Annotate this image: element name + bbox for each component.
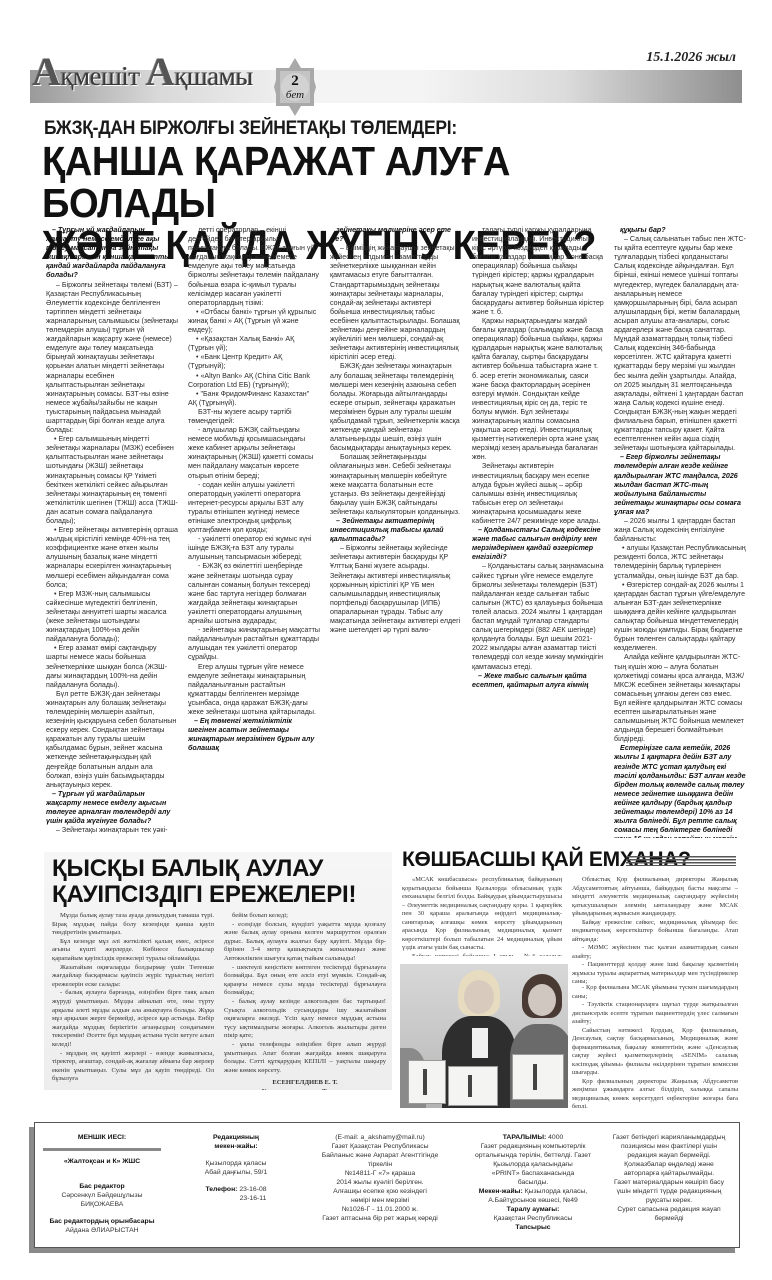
paragraph: Қаржы нарықтарындағы жағдай бағалы қағаз… bbox=[472, 317, 604, 463]
fishing-column-2-text: бейім болып келеді;- есеңізде болсын, кү… bbox=[224, 912, 386, 1075]
text-line: Байланыс және Ақпарат Агенттігінде bbox=[305, 1151, 455, 1160]
page-number-badge: 2 бет bbox=[274, 58, 316, 116]
paragraph: • Егер салымшының міндетті зейнетақы жар… bbox=[46, 435, 178, 526]
paragraph: • Егер МЗЖ-ның салымшысы сәйкесінше мүге… bbox=[46, 590, 178, 645]
interview-question: – Егер біржолғы зейнетақы төлемдерін алғ… bbox=[614, 453, 746, 517]
paragraph: • «Банк Центр Кредит» АҚ (Тұрғынүй); bbox=[188, 353, 320, 371]
paragraph: • «Altyn Bank» АҚ (China Citic Bank Corp… bbox=[188, 372, 320, 390]
paragraph: «МСАК көшбасшысы» республикалық байқауын… bbox=[402, 876, 562, 953]
paragraph: • Егер зейнетақы активтерінің орташа жыл… bbox=[46, 526, 178, 590]
page-label: бет bbox=[274, 89, 316, 101]
award-ceremony-photo bbox=[400, 964, 568, 1108]
clinic-column-3: - Қор филиалына МСАК ұйымына түскен шағы… bbox=[572, 984, 738, 1108]
deputy-label: Бас редактордың орынбасары bbox=[49, 1218, 154, 1225]
article-column-1: – Тұрғын үй жағдайларын жақсарту немесе … bbox=[46, 226, 178, 838]
paragraph: БЖЗҚ-дан зейнетақы жинақтарын алу болаша… bbox=[330, 362, 462, 453]
text-line: басылды. bbox=[463, 1178, 603, 1187]
paragraph: • алушы Қазақстан Республикасының резиде… bbox=[614, 544, 746, 580]
editor-label: Бас редактор bbox=[79, 1183, 124, 1190]
paragraph: - МӘМС жүйесінен тыс қалған азаматтардың… bbox=[572, 944, 738, 961]
paragraph: - шектеулі кеңістікте көптеген тесіктерд… bbox=[224, 964, 386, 998]
paragraph: – 2026 жылғы 1 қаңтардан бастап жаңа Сал… bbox=[614, 517, 746, 544]
paragraph: • "Банк ФридомФинанс Казахстан" АҚ (Тұрғ… bbox=[188, 390, 320, 408]
paragraph: Облыстық Қор филиалының директоры Жаңылы… bbox=[572, 876, 738, 919]
paragraph: • Өзгерістер сондай-ақ 2026 жылғы 1 қаңт… bbox=[614, 581, 746, 654]
paragraph: – Қолданыстағы салық заңнамасына сәйкес … bbox=[472, 562, 604, 671]
interview-question: Естеріңізге сала кетейік, 2026 жылғы 1 қ… bbox=[614, 744, 746, 838]
paragraph: Бұл кезеңде мұз әлі жеткілікті қалың еме… bbox=[52, 938, 214, 964]
paragraph: - балық аулауға барғанда, өзіңізбен бірг… bbox=[52, 989, 214, 1049]
interview-question: құқығы бар? bbox=[614, 226, 746, 235]
text-line: Қолжазбалар өңделеді және bbox=[603, 1160, 735, 1169]
text-line: орталығында терілін, беттелді. Газет bbox=[463, 1151, 603, 1160]
paragraph: Зейнетақы активтерін инвестициялық басқа… bbox=[472, 462, 604, 526]
paragraph: БЗТ-ны жүзеге асыру тәртібі төмендегідей… bbox=[188, 408, 320, 426]
text-line: авторларға қайтарылмайды. bbox=[603, 1169, 735, 1178]
title-decorative-rule bbox=[626, 856, 736, 866]
text-line: Газет Қазақстан Республикасы bbox=[305, 1142, 455, 1151]
paragraph: - мұздың ең қауіпті жерлері - өзенде жам… bbox=[52, 1050, 214, 1084]
text-line: редакция жауап бермейді. bbox=[603, 1151, 735, 1160]
paragraph: Қор филиалының директоры Жаңылық Абдусам… bbox=[572, 1078, 738, 1109]
paragraph: – Біржолғы зейнетақы төлемі (БЗТ) – Қаза… bbox=[46, 281, 178, 436]
interview-question: – Тұрғын үй жағдайларын жақсарту немесе … bbox=[46, 790, 178, 826]
text-line: №1026-Г - 11.01.2000 ж. bbox=[305, 1205, 455, 1214]
paragraph: – Еліміздің жинақтаушы зейнетақы жүйесі … bbox=[330, 244, 462, 362]
fishing-article-signature: ЕСЕНГЕЛДИЕВ Е. Т. Қызылорда қаласы Төтен… bbox=[224, 1079, 386, 1090]
text-line: Алғашқы есепке қою кезіндегі bbox=[305, 1187, 455, 1196]
paragraph: • Егер азамат өмірі сақтандыру шарты нем… bbox=[46, 644, 178, 689]
paragraph: - алушылар БЖЗҚ сайтындағы немесе мобиль… bbox=[188, 426, 320, 481]
imprint-registration: (E-mail: a_akshamy@mail.ru)Газет Қазақст… bbox=[305, 1133, 455, 1223]
imprint-address: Редакцияның мекен-жайы: Қызылорда қаласы… bbox=[181, 1133, 291, 1203]
text-line: №14811-Г «7» қараша bbox=[305, 1169, 455, 1178]
paragraph: - БЖЗҚ өз өкілеттігі шеңберінде және зей… bbox=[188, 562, 320, 626]
clinic-column-2: Облыстық Қор филиалының директоры Жаңылы… bbox=[572, 876, 738, 984]
interview-question: – Зейнетақы активтерінің инвестициялық т… bbox=[330, 517, 462, 544]
fishing-article-body: Мұзда балық аулау таза ауада демалудың т… bbox=[52, 912, 386, 1090]
paragraph: - Пациенттерді қолдау және ішкі бақылау … bbox=[572, 961, 738, 984]
newspaper-imprint: МЕНШІК ИЕСІ: «Жалтоқсан и К» ЖШС Бас ред… bbox=[34, 1122, 740, 1248]
paragraph: - есеңізде болсын, күндізгі уақытта мұзд… bbox=[224, 921, 386, 964]
interview-question: – Тұрғын үй жағдайларын жақсарту немесе … bbox=[46, 226, 178, 281]
fishing-column-2: бейім болып келеді;- есеңізде болсын, кү… bbox=[224, 912, 386, 1090]
interview-question: – Қолданыстағы Салық кодексіне және табы… bbox=[472, 526, 604, 562]
certificate-frame bbox=[448, 1066, 498, 1106]
paragraph: - Қор филиалына МСАК ұйымына түскен шағы… bbox=[572, 984, 738, 1001]
paragraph: тадағы түрлі қаржы құралдарына инвестици… bbox=[472, 226, 604, 317]
text-line: Қызылорда қаласындағы bbox=[463, 1160, 603, 1169]
paragraph: Жазатайым оқиғаларды болдырмау үшін Төте… bbox=[52, 964, 214, 990]
certificate-frame bbox=[512, 1054, 564, 1100]
text-line: бермейді bbox=[603, 1214, 735, 1223]
text-line: позициясы мен фактілері үшін bbox=[603, 1142, 735, 1151]
newspaper-logo: Ақмешіт Ақшамы bbox=[32, 48, 253, 95]
text-line: рұқсаты керек. bbox=[603, 1196, 735, 1205]
imprint-circulation: ТАРАЛЫМЫ: 4000 Газет редакцияның компьют… bbox=[463, 1133, 603, 1232]
clinic-column-1: «МСАК көшбасшысы» республикалық байқауын… bbox=[402, 876, 562, 956]
paragraph: Сайыстың нәтижесі Қордың, Қор филиалының… bbox=[572, 1027, 738, 1078]
text-line: «PRINT» баспаханасында bbox=[463, 1169, 603, 1178]
imprint-disclaimer: Газет бетіндегі жарияланымдардыңпозицияс… bbox=[603, 1133, 735, 1223]
clinic-leader-article: КӨШБАСШЫ ҚАЙ ЕМХАНА? «МСАК көшбасшысы» р… bbox=[400, 848, 738, 1108]
text-line: (E-mail: a_akshamy@mail.ru) bbox=[305, 1133, 455, 1142]
paragraph: летті операторлар – екінші деңгейдегі ба… bbox=[188, 226, 320, 308]
paragraph: – Салық салынатын табыс пен ЖТС-ты қайта… bbox=[614, 235, 746, 453]
text-line: үшін міндетті түрде редакцияның bbox=[603, 1187, 735, 1196]
paragraph: - содан кейін алушы уәкілетті операторды… bbox=[188, 481, 320, 536]
author-name: ЕСЕНГЕЛДИЕВ Е. Т. bbox=[224, 1079, 386, 1088]
interview-question: – Ең төменгі жеткіліктілік шегінен асаты… bbox=[188, 717, 320, 753]
pension-article-body: – Тұрғын үй жағдайларын жақсарту немесе … bbox=[46, 226, 746, 838]
paragraph: – Біржолғы зейнетақы жүйесінде зейнетақы… bbox=[330, 544, 462, 635]
text-line: Газет аптасына бір рет жарық көреді bbox=[305, 1214, 455, 1223]
fishing-safety-article: ҚЫСҚЫ БАЛЫҚ АУЛАУ ҚАУІПСІЗДІГІ ЕРЕЖЕЛЕРІ… bbox=[44, 852, 392, 1090]
paragraph: Мұзда балық аулау таза ауада демалудың т… bbox=[52, 912, 214, 938]
issue-date: 15.1.2026 жыл bbox=[646, 50, 736, 66]
text-line: тіркелін bbox=[305, 1160, 455, 1169]
paragraph: Бүл ретте БЖЗҚ-дан зейнетақы жинақтарын … bbox=[46, 690, 178, 790]
text-line: Сурет сапасына редакция жауап bbox=[603, 1205, 735, 1214]
paragraph: - зейнетақы жинақтарының мақсатты пайдал… bbox=[188, 626, 320, 662]
text-line: 2014 жылы куәлігі берілген. bbox=[305, 1178, 455, 1187]
article-column-3: зейнетақы мөлшеріне әсер ете ме?– Еліміз… bbox=[330, 226, 462, 838]
paragraph: Алайда кейінге қалдырылған ЖТС-тың күшін… bbox=[614, 653, 746, 744]
paragraph: Байқау нәтижесі бойынша: I орын – №6 қал… bbox=[402, 953, 562, 957]
article-kicker: БЖЗҚ-ДАН БІРЖОЛҒЫ ЗЕЙНЕТАҚЫ ТӨЛЕМДЕРІ: bbox=[44, 118, 457, 140]
text-line: Газет редакцияның компьютерлік bbox=[463, 1142, 603, 1151]
paragraph: Байқау ережесіне сәйкес, медициналық ұйы… bbox=[572, 919, 738, 945]
text-line: Газет бетіндегі жарияланымдардың bbox=[603, 1133, 735, 1142]
article-column-5: құқығы бар?– Салық салынатын табыс пен Ж… bbox=[614, 226, 746, 838]
paragraph: - Тәуліктік стационарларға шұғыл түрде ж… bbox=[572, 1001, 738, 1027]
paragraph: Егер алушы тұрғын үйге немесе емделуге з… bbox=[188, 663, 320, 718]
author-role: Қызылорда қаласы Төтенше bbox=[224, 1088, 386, 1090]
fishing-column-1: Мұзда балық аулау таза ауада демалудың т… bbox=[52, 912, 214, 1090]
text-line: нөмірі мен мерзімі bbox=[305, 1196, 455, 1205]
paragraph: Болашақ зейнетақыңызды ойлағаныңыз жөн. … bbox=[330, 453, 462, 517]
headline-line-1: ҚАНША ҚАРАЖАТ АЛУҒА БОЛАДЫ bbox=[42, 140, 693, 224]
text-line: Газет материалдарын көшіріп басу bbox=[603, 1178, 735, 1187]
certificate-frame bbox=[408, 1060, 446, 1104]
article-column-4: тадағы түрлі қаржы құралдарына инвестици… bbox=[472, 226, 604, 838]
paragraph: • «Қазақстан Халық Банкі» АҚ (Тұрғын үй)… bbox=[188, 335, 320, 353]
paragraph: - уәкілетті оператор екі жұмыс күні ішін… bbox=[188, 535, 320, 562]
paragraph: – Зейнетақы жинақтарын тек уәкі- bbox=[46, 826, 178, 835]
divider bbox=[43, 1148, 161, 1151]
interview-question: – Жеке табыс салығын қайта есептеп, қайт… bbox=[472, 672, 604, 690]
paragraph: - балық аулау кезінде алкогольден бас та… bbox=[224, 998, 386, 1041]
article-column-2: летті операторлар – екінші деңгейдегі ба… bbox=[188, 226, 320, 838]
fishing-article-title: ҚЫСҚЫ БАЛЫҚ АУЛАУ ҚАУІПСІЗДІГІ ЕРЕЖЕЛЕРІ… bbox=[52, 856, 392, 908]
paragraph: • «Отбасы банкі» тұрғын үй құрылыс жинақ… bbox=[188, 308, 320, 335]
imprint-owner: МЕНШІК ИЕСІ: «Жалтоқсан и К» ЖШС Бас ред… bbox=[43, 1133, 161, 1235]
paragraph: бейім болып келеді; bbox=[224, 912, 386, 921]
masthead: Ақмешіт Ақшамы 2 бет 15.1.2026 жыл bbox=[30, 58, 742, 106]
paragraph: - ұялы телефонды өзіңізбен бірге алып жү… bbox=[224, 1041, 386, 1075]
interview-question: зейнетақы мөлшеріне әсер ете ме? bbox=[330, 226, 462, 244]
page-number: 2 bbox=[274, 73, 316, 90]
